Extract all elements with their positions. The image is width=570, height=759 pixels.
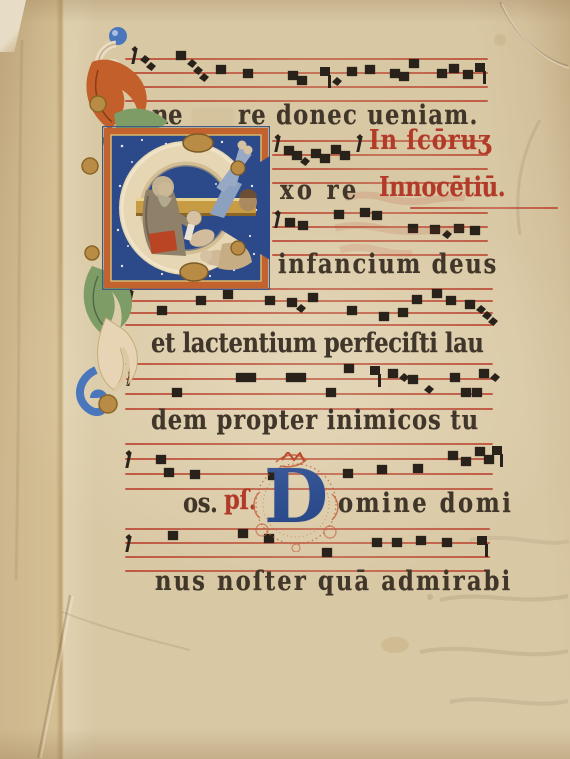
chant-text-line2: xo re [280, 176, 360, 206]
rubric-innocentium: Innocētiū. [379, 173, 505, 203]
gold-bezant [85, 246, 99, 260]
chant-text-line6: omine domi [338, 489, 513, 519]
gold-ball [99, 395, 117, 413]
historiated-initial-e: E [102, 126, 270, 290]
initial-d-letter: D [264, 460, 328, 534]
chant-text-line6-os: os. [183, 489, 218, 519]
chant-text-line5: dem propter inimicos tu [151, 406, 479, 436]
cream-leaf [98, 318, 138, 390]
initial-e-painting [102, 126, 270, 290]
rubric-in-seculorum: In ſcōruʒ [369, 126, 492, 156]
chant-text-line7: nus noſter quā admirabi [155, 567, 512, 597]
gold-bezant [82, 158, 98, 174]
chant-text-line3: infancium deus [278, 250, 498, 280]
flourished-initial-d: D [246, 452, 346, 552]
chant-text-line4: et lactentium perfeciſti lau [151, 329, 483, 359]
manuscript-page: ne re donec ueniam. In ſcōruʒ xo re Inno… [0, 0, 570, 759]
erasure-smudge [192, 108, 234, 126]
gold-bezant [90, 96, 106, 112]
